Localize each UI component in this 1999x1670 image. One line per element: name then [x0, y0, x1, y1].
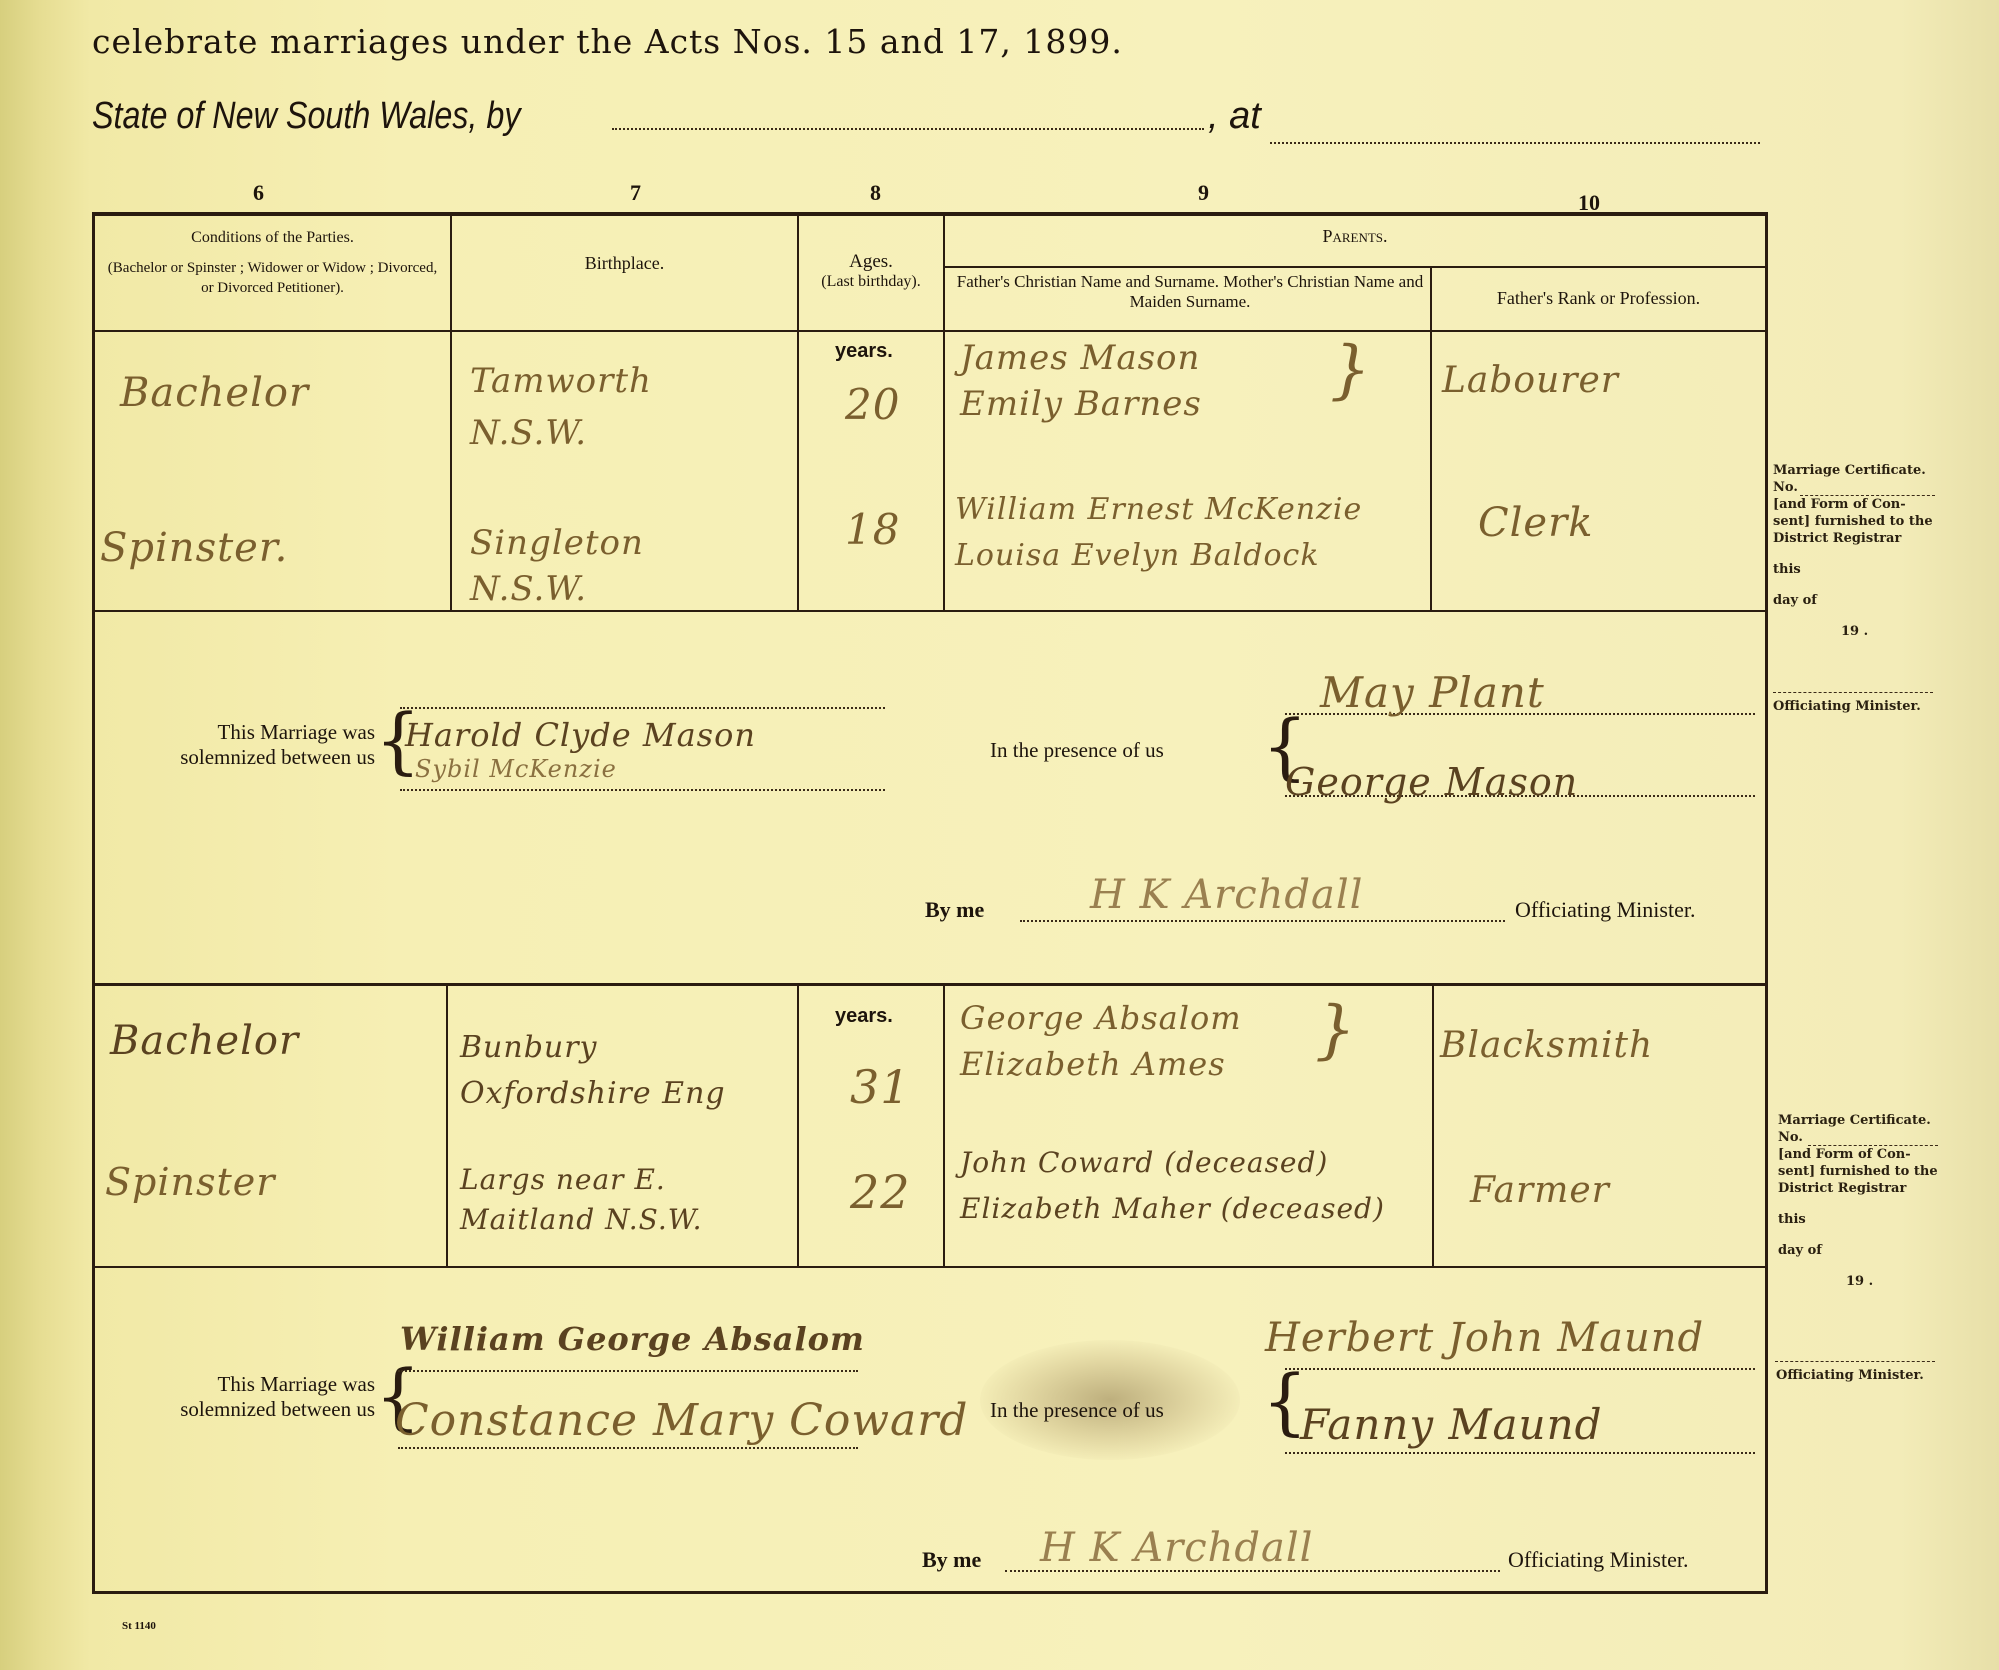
groom2-parents: George Absalom Elizabeth Ames	[960, 995, 1242, 1087]
col-divider	[797, 985, 799, 1268]
sidebar-minister-2: Officiating Minister.	[1776, 1367, 1924, 1384]
form-code: St 1140	[122, 1620, 156, 1632]
solemnized-label: This Marriage was solemnized between us	[100, 1372, 375, 1422]
header-state-line: State of New South Wales, by	[92, 95, 521, 138]
bride1-age: 18	[845, 505, 900, 554]
cert-furnished: sent] furnished to the	[1778, 1163, 1978, 1180]
header-ages: Ages. (Last birthday).	[799, 252, 943, 292]
groom1-birthplace: Tamworth N.S.W.	[470, 355, 750, 459]
cert-no-line	[1800, 495, 1935, 496]
groom2-father-profession: Blacksmith	[1440, 1025, 1653, 1066]
solemnized-line2: solemnized between us	[100, 745, 375, 770]
cert-no: No.	[1773, 479, 1973, 496]
bride2-condition: Spinster	[105, 1160, 275, 1204]
groom2-age: 31	[850, 1060, 911, 1114]
entry-separator	[92, 983, 1765, 986]
bride1-condition: Spinster.	[100, 525, 288, 571]
header-father-profession: Father's Rank or Profession.	[1432, 288, 1765, 308]
mother-name: Elizabeth Ames	[960, 1041, 1242, 1087]
header-parents: Parents.	[945, 226, 1765, 246]
minister-label: Officiating Minister.	[1508, 1547, 1688, 1573]
conditions-title: Conditions of the Parties.	[95, 228, 450, 248]
bride1-father-profession: Clerk	[1478, 500, 1593, 546]
cert-title: Marriage Certificate.	[1773, 462, 1973, 479]
minister-line	[1020, 920, 1505, 922]
groom1-father-profession: Labourer	[1442, 360, 1619, 401]
witness1-2: George Mason	[1285, 760, 1578, 804]
presence-label: In the presence of us	[990, 738, 1164, 763]
spouse-bride: Sybil McKenzie	[415, 752, 756, 786]
father-name: John Coward (deceased)	[960, 1140, 1430, 1186]
bride2-parents: John Coward (deceased) Elizabeth Maher (…	[960, 1140, 1430, 1232]
ages-title: Ages.	[799, 252, 943, 272]
spouse-groom: Harold Clyde Mason	[405, 718, 756, 752]
colnum-8: 8	[870, 180, 881, 206]
minister1-signature: H K Archdall	[1090, 872, 1363, 918]
by-me-label: By me	[925, 897, 984, 923]
presence-label: In the presence of us	[990, 1398, 1164, 1423]
brace-icon: }	[1330, 330, 1372, 410]
colnum-7: 7	[630, 180, 641, 206]
cert-this: this	[1773, 561, 1973, 578]
header-act-line: celebrate marriages under the Acts Nos. …	[92, 22, 1123, 61]
header-birthplace: Birthplace.	[452, 253, 797, 273]
witness2-2: Fanny Maund	[1300, 1400, 1603, 1449]
ages-sub: (Last birthday).	[799, 272, 943, 292]
spouse-line	[400, 789, 885, 791]
by-field-line	[612, 128, 1204, 130]
mother-name: Emily Barnes	[960, 381, 1202, 427]
cert-no-line	[1808, 1145, 1938, 1146]
bride2-father-profession: Farmer	[1470, 1170, 1610, 1211]
cert-consent: [and Form of Con-	[1773, 496, 1973, 513]
years-label: years.	[835, 340, 893, 363]
witness-line	[1285, 1452, 1755, 1454]
at-field-line	[1270, 142, 1760, 144]
col-divider	[1432, 985, 1434, 1268]
solemnized-line2: solemnized between us	[100, 1397, 375, 1422]
conditions-sub: (Bachelor or Spinster ; Widower or Widow…	[95, 258, 450, 298]
minister-sig-line	[1773, 692, 1933, 693]
father-name: James Mason	[960, 335, 1202, 381]
cert-day-of: day of	[1773, 592, 1973, 609]
witness2-1: Herbert John Maund	[1265, 1315, 1704, 1361]
header-parents-names: Father's Christian Name and Surname. Mot…	[955, 272, 1425, 312]
groom1-condition: Bachelor	[120, 370, 309, 416]
sidebar-minister-1: Officiating Minister.	[1773, 698, 1921, 715]
cert-title: Marriage Certificate.	[1778, 1112, 1978, 1129]
spouse2-groom: William George Absalom	[400, 1320, 865, 1358]
cert-registrar: District Registrar	[1778, 1180, 1978, 1197]
father-name: George Absalom	[960, 995, 1242, 1041]
margin-rule	[1765, 212, 1768, 1590]
at-label: , at	[1208, 95, 1261, 138]
cert-registrar: District Registrar	[1773, 530, 1973, 547]
col-divider	[943, 985, 945, 1268]
entry2-rule	[92, 1266, 1765, 1268]
witness1-1: May Plant	[1320, 668, 1545, 717]
bride2-age: 22	[850, 1165, 911, 1219]
colnum-9: 9	[1198, 180, 1209, 206]
groom2-condition: Bachelor	[110, 1018, 299, 1064]
col-divider	[446, 985, 448, 1268]
bride1-birthplace: Singleton N.S.W.	[470, 520, 770, 612]
colnum-6: 6	[253, 180, 264, 206]
years-label: years.	[835, 1005, 893, 1028]
cert-this: this	[1778, 1211, 1978, 1228]
cert-no: No.	[1778, 1129, 1978, 1146]
spouse-line	[400, 707, 885, 709]
spouse-line	[398, 1447, 858, 1449]
parents-rule	[945, 266, 1765, 268]
father-name: William Ernest McKenzie	[955, 487, 1435, 533]
brace-icon: }	[1315, 990, 1357, 1070]
cert-year: 19 .	[1846, 1273, 1978, 1290]
header-bottom-rule	[92, 330, 1765, 332]
minister-label: Officiating Minister.	[1515, 897, 1695, 923]
entry1-rule	[92, 610, 1765, 612]
col-divider	[943, 212, 945, 610]
minister2-signature: H K Archdall	[1040, 1525, 1313, 1571]
solemnized-line1: This Marriage was	[100, 1372, 375, 1397]
sidebar-cert-1: Marriage Certificate. No. [and Form of C…	[1773, 462, 1973, 640]
mother-name: Louisa Evelyn Baldock	[955, 533, 1435, 579]
groom1-age: 20	[845, 380, 900, 429]
spouse-line	[398, 1370, 858, 1372]
bride1-parents: William Ernest McKenzie Louisa Evelyn Ba…	[955, 487, 1435, 579]
by-me-label: By me	[922, 1547, 981, 1573]
bride2-birthplace: Largs near E. Maitland N.S.W.	[460, 1160, 750, 1240]
minister-sig-line	[1775, 1361, 1935, 1362]
cert-consent: [and Form of Con-	[1778, 1146, 1978, 1163]
state-prefix: State of New South Wales, by	[92, 95, 521, 137]
solemnized-label: This Marriage was solemnized between us	[100, 720, 375, 770]
sidebar-cert-2: Marriage Certificate. No. [and Form of C…	[1778, 1112, 1978, 1290]
spouse2-bride: Constance Mary Coward	[395, 1395, 968, 1446]
cert-year: 19 .	[1841, 623, 1973, 640]
header-conditions: Conditions of the Parties. (Bachelor or …	[95, 228, 450, 298]
solemnized-line1: This Marriage was	[100, 720, 375, 745]
groom1-parents: James Mason Emily Barnes	[960, 335, 1202, 427]
cert-furnished: sent] furnished to the	[1773, 513, 1973, 530]
groom2-birthplace: Bunbury Oxfordshire Eng	[460, 1025, 760, 1117]
mother-name: Elizabeth Maher (deceased)	[960, 1186, 1430, 1232]
cert-day-of: day of	[1778, 1242, 1978, 1259]
spouses-1: Harold Clyde Mason Sybil McKenzie	[405, 718, 756, 786]
witness-line	[1285, 1368, 1755, 1370]
